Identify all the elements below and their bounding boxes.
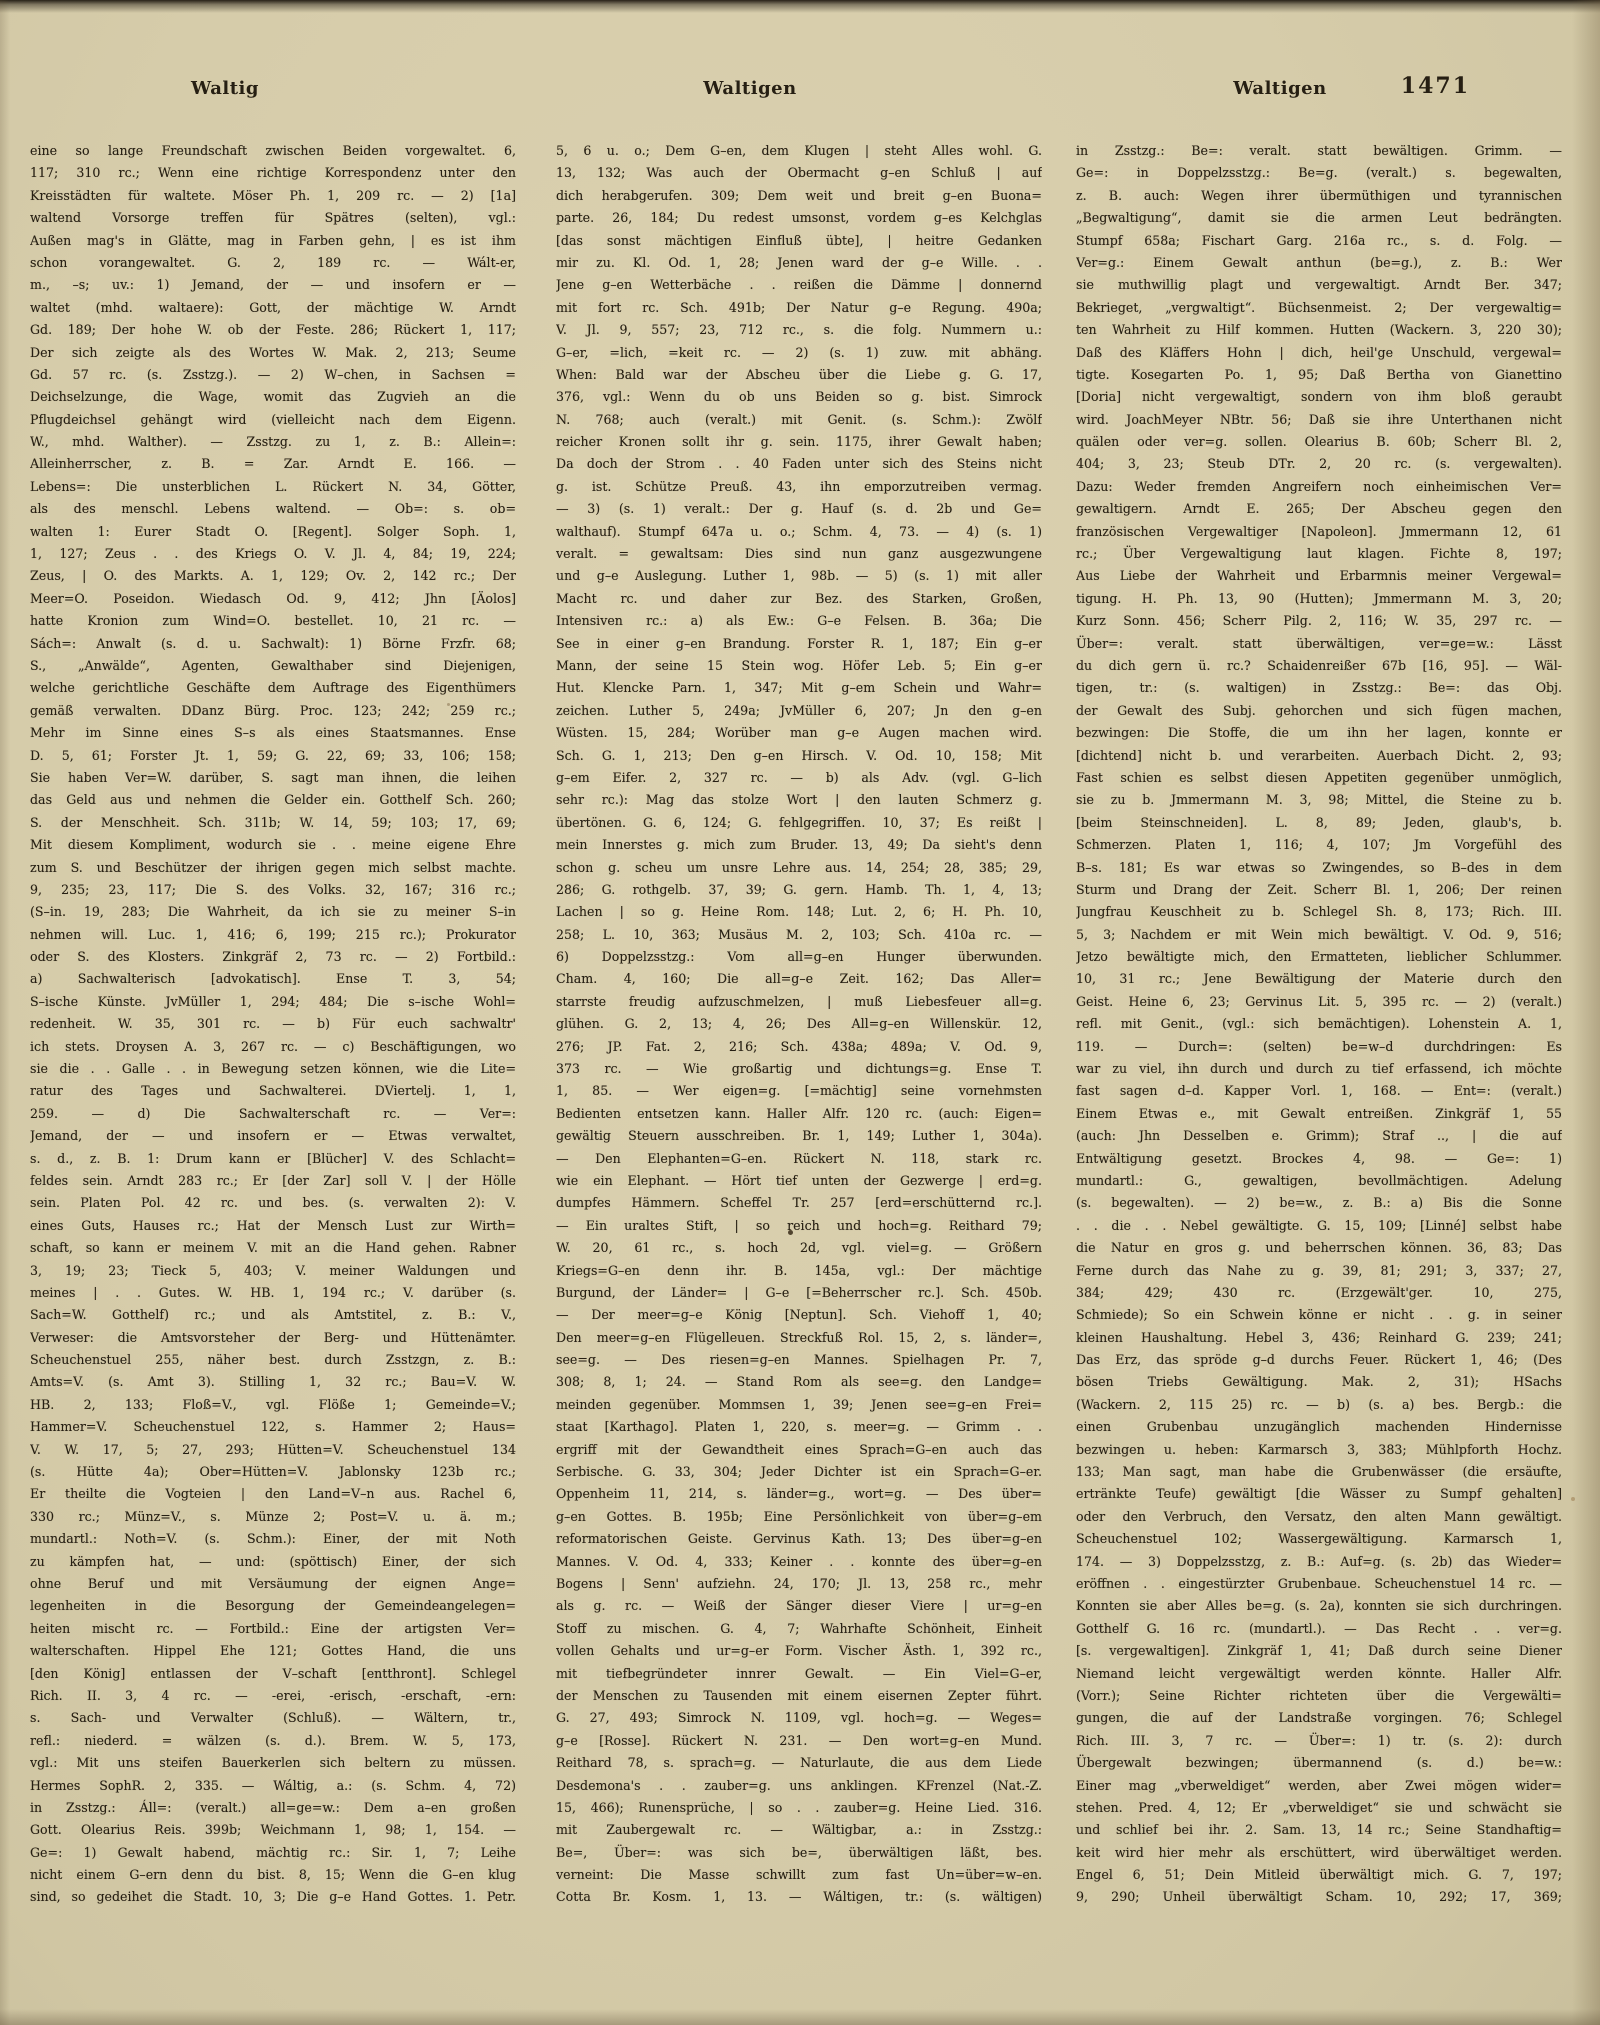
text-line: ertränkte Teufe) gewältigt [die Wässer z… (1076, 1483, 1562, 1505)
text-line: feldes sein. Arndt 283 rc.; Er [der Zar]… (30, 1170, 516, 1192)
text-line: Er theilte die Vogteien | den Land=V–n a… (30, 1483, 516, 1505)
text-line: Jene g–en Wetterbäche . . reißen die Däm… (556, 274, 1042, 296)
text-line: in Zsstzg.: Be=: veralt. statt bewältige… (1076, 140, 1562, 162)
text-line: zum S. und Beschützer der ihrigen gegen … (30, 857, 516, 879)
text-line: Mann, der seine 15 Stein wog. Höfer Leb.… (556, 655, 1042, 677)
text-line: Den meer=g–en Flügelleuen. Streckfuß Rol… (556, 1327, 1042, 1349)
text-line: mein Innerstes g. mich zum Bruder. 13, 4… (556, 834, 1042, 856)
text-line: Lebens=: Die unsterblichen L. Rückert N.… (30, 476, 516, 498)
text-line: der Gewalt des Subj. gehorchen und sich … (1076, 700, 1562, 722)
text-line: du dich gern ü. rc.? Schaidenreißer 67b … (1076, 655, 1562, 677)
text-line: Das Erz, das spröde g–d durchs Feuer. Rü… (1076, 1349, 1562, 1371)
text-line: veralt. = gewaltsam: Dies sind nun ganz … (556, 543, 1042, 565)
text-line: 10, 31 rc.; Jene Bewältigung der Materie… (1076, 968, 1562, 990)
text-line: Deichselzunge, die Wage, womit das Zugvi… (30, 386, 516, 408)
text-line: V. Jl. 9, 557; 23, 712 rc., s. die folg.… (556, 319, 1042, 341)
text-line: vollen Gehalts und ur=g–er Form. Vischer… (556, 1640, 1042, 1662)
text-line: Intensiven rc.: a) als Ew.: G–e Felsen. … (556, 610, 1042, 632)
text-line: Reithard 78, s. sprach=g. — Naturlaute, … (556, 1752, 1042, 1774)
text-line: der Menschen zu Tausenden mit einem eise… (556, 1685, 1042, 1707)
text-line: . . die . . Nebel gewältigte. G. 15, 109… (1076, 1215, 1562, 1237)
text-line: Mit diesem Kompliment, wodurch sie . . m… (30, 834, 516, 856)
text-line: Mannes. V. Od. 4, 333; Keiner . . konnte… (556, 1551, 1042, 1573)
text-line: Geist. Heine 6, 23; Gervinus Lit. 5, 395… (1076, 991, 1562, 1013)
text-line: G. 27, 493; Simrock N. 1109, vgl. hoch=g… (556, 1707, 1042, 1729)
text-line: oder den Verbruch, den Versatz, den alte… (1076, 1506, 1562, 1528)
text-line: Desdemona's . . zauber=g. uns anklingen.… (556, 1775, 1042, 1797)
text-line: 373 rc. — Wie großartig und dichtungs=g.… (556, 1058, 1042, 1080)
paper-speck (447, 703, 450, 706)
text-line: sie muthwillig plagt und vergewaltigt. A… (1076, 274, 1562, 296)
text-line: französischen Vergewaltiger [Napoleon]. … (1076, 521, 1562, 543)
text-line: vgl.: Mit uns steifen Bauerkerlen sich b… (30, 1752, 516, 1774)
text-line: — Der meer=g–e König [Neptun]. Sch. Vieh… (556, 1304, 1042, 1326)
text-line: Pflugdeichsel gehängt wird (vielleicht n… (30, 409, 516, 431)
text-line: B–s. 181; Es war etwas so Zwingendes, so… (1076, 857, 1562, 879)
text-line: Sie haben Ver=W. darüber, S. sagt man ih… (30, 767, 516, 789)
text-line: tigung. H. Ph. 13, 90 (Hutten); Jmmerman… (1076, 588, 1562, 610)
text-line: D. 5, 61; Forster Jt. 1, 59; G. 22, 69; … (30, 745, 516, 767)
text-line: (s. Hütte 4a); Ober=Hütten=V. Jablonsky … (30, 1461, 516, 1483)
text-line: sind, so gedeihet die Stadt. 10, 3; Die … (30, 1886, 516, 1908)
text-line: mir zu. Kl. Od. 1, 28; Jenen ward der g–… (556, 252, 1042, 274)
text-line: Sach=W. Gotthelf) rc.; und als Amtstitel… (30, 1304, 516, 1326)
text-line: nicht einem G–ern denn du bist. 8, 15; W… (30, 1864, 516, 1886)
text-line: 1, 127; Zeus . . des Kriegs O. V. Jl. 4,… (30, 543, 516, 565)
text-line: N. 768; auch (veralt.) mit Genit. (s. Sc… (556, 409, 1042, 431)
text-line: gungen, die auf der Landstraße vorgingen… (1076, 1707, 1562, 1729)
paper-speck (1571, 1497, 1575, 1501)
text-line: zeichen. Luther 5, 249a; JvMüller 6, 207… (556, 700, 1042, 722)
text-line: walthauf). Stumpf 647a u. o.; Schm. 4, 7… (556, 521, 1042, 543)
text-line: rc.; Über Vergewaltigung laut klagen. Fi… (1076, 543, 1562, 565)
text-line: wird. JoachMeyer NBtr. 56; Daß sie ihre … (1076, 409, 1562, 431)
text-line: Hammer=V. Scheuchenstuel 122, s. Hammer … (30, 1416, 516, 1438)
text-column-right: in Zsstzg.: Be=: veralt. statt bewältige… (1076, 140, 1562, 1909)
text-line: Einem Etwas e., mit Gewalt entreißen. Zi… (1076, 1103, 1562, 1125)
text-line: see=g. — Des riesen=g–en Mannes. Spielha… (556, 1349, 1042, 1371)
text-line: (Vorr.); Seine Richter richteten über di… (1076, 1685, 1562, 1707)
text-line: in Zsstzg.: Áll=: (veralt.) all=ge=w.: D… (30, 1797, 516, 1819)
text-line: welche gerichtliche Geschäfte dem Auftra… (30, 677, 516, 699)
text-line: mundartl.: G., gewaltigen, bevollmächtig… (1076, 1170, 1562, 1192)
text-line: sie zu b. Jmmermann M. 3, 98; Mittel, di… (1076, 789, 1562, 811)
text-line: Cotta Br. Kosm. 1, 13. — Wáltigen, tr.: … (556, 1886, 1042, 1908)
scan-edge-bottom (0, 2009, 1600, 2025)
text-line: ohne Beruf und mit Versäumung der eignen… (30, 1573, 516, 1595)
text-line: s. d., z. B. 1: Drum kann er [Blücher] V… (30, 1148, 516, 1170)
text-line: meines | . . Gutes. W. HB. 1, 194 rc.; V… (30, 1282, 516, 1304)
text-line: m., –s; uv.: 1) Jemand, der — und insofe… (30, 274, 516, 296)
text-line: Fast schien es selbst diesen Appetiten g… (1076, 767, 1562, 789)
text-line: staat [Karthago]. Platen 1, 220, s. meer… (556, 1416, 1042, 1438)
text-line: s. Sach- und Verwalter (Schluß). — Wälte… (30, 1707, 516, 1729)
text-line: Kurz Sonn. 456; Scherr Pilg. 2, 116; W. … (1076, 610, 1562, 632)
text-line: (Wackern. 2, 115 25) rc. — b) (s. a) bes… (1076, 1394, 1562, 1416)
text-line: Kreisstädten für waltete. Möser Ph. 1, 2… (30, 185, 516, 207)
text-line: Konnten sie aber Alles be=g. (s. 2a), ko… (1076, 1595, 1562, 1617)
text-line: übertönen. G. 6, 124; G. fehlgegriffen. … (556, 812, 1042, 834)
text-line: Außen mag's in Glätte, mag in Farben geh… (30, 230, 516, 252)
text-line: (auch: Jhn Desselben e. Grimm); Straf ..… (1076, 1125, 1562, 1147)
scan-edge-right (1572, 0, 1600, 2025)
text-line: sehr rc.): Mag das stolze Wort | den lau… (556, 789, 1042, 811)
running-head-right: Waltigen (1195, 78, 1365, 99)
text-line: (S–in. 19, 283; Die Wahrheit, da ich sie… (30, 901, 516, 923)
text-line: Hermes SophR. 2, 335. — Wáltig, a.: (s. … (30, 1775, 516, 1797)
text-line: sein. Platen Pol. 42 rc. und bes. (s. ve… (30, 1192, 516, 1214)
text-line: — Ein uraltes Stift, | so reich und hoch… (556, 1215, 1042, 1237)
text-line: tigte. Kosegarten Po. 1, 95; Daß Bertha … (1076, 364, 1562, 386)
text-line: 6) Doppelzsstzg.: Vom all=g–en Hunger üb… (556, 946, 1042, 968)
text-line: W., mhd. Walther). — Zsstzg. zu 1, z. B.… (30, 431, 516, 453)
text-line: 330 rc.; Münz=V., s. Münze 2; Post=V. u.… (30, 1506, 516, 1528)
text-line: Lachen | so g. Heine Rom. 148; Lut. 2, 6… (556, 901, 1042, 923)
text-line: HB. 2, 133; Floß=V., vgl. Flöße 1; Gemei… (30, 1394, 516, 1416)
text-line: gewaltigern. Arndt E. 265; Der Abscheu g… (1076, 498, 1562, 520)
text-line: mit fort rc. Sch. 491b; Der Natur g–e Re… (556, 297, 1042, 319)
text-line: Wüsten. 15, 284; Worüber man g–e Augen m… (556, 722, 1042, 744)
text-line: fast sagen d–d. Kapper Vorl. 1, 168. — E… (1076, 1080, 1562, 1102)
text-line: Be=, Über=: was sich be=, überwältigen l… (556, 1842, 1042, 1864)
text-line: Ver=g.: Einem Gewalt anthun (be=g.), z. … (1076, 252, 1562, 274)
text-line: sie die . . Galle . . in Bewegung setzen… (30, 1058, 516, 1080)
text-line: 258; L. 10, 363; Musäus M. 2, 103; Sch. … (556, 924, 1042, 946)
running-head-left: Waltig (140, 78, 310, 99)
text-line: Schmiede); So ein Schwein könne er nicht… (1076, 1304, 1562, 1326)
text-line: — Den Elephanten=G–en. Rückert N. 118, s… (556, 1148, 1042, 1170)
ink-speck (788, 1230, 793, 1235)
text-line: g. ist. Schütze Preuß. 43, ihn emporzutr… (556, 476, 1042, 498)
text-line: bösen Triebs Gewältigung. Mak. 2, 31); H… (1076, 1371, 1562, 1393)
text-line: ten Wahrheit zu Hilf kommen. Hutten (Wac… (1076, 319, 1562, 341)
text-line: Sách=: Anwalt (s. d. u. Sachwalt): 1) Bö… (30, 633, 516, 655)
text-line: Scheuchenstuel 102; Wassergewältigung. K… (1076, 1528, 1562, 1550)
text-line: 5, 6 u. o.; Dem G–en, dem Klugen | steht… (556, 140, 1042, 162)
text-line: gemäß verwalten. DDanz Bürg. Proc. 123; … (30, 700, 516, 722)
text-line: bezwingen u. heben: Karmarsch 3, 383; Mü… (1076, 1439, 1562, 1461)
text-line: V. W. 17, 5; 27, 293; Hütten=V. Scheuche… (30, 1439, 516, 1461)
text-line: Engel 6, 51; Dein Mitleid überwältigt mi… (1076, 1864, 1562, 1886)
text-line: Bogens | Senn' aufziehn. 24, 170; Jl. 13… (556, 1573, 1042, 1595)
text-line: eines Guts, Hauses rc.; Hat der Mensch L… (30, 1215, 516, 1237)
text-line: nehmen will. Luc. 1, 416; 6, 199; 215 rc… (30, 924, 516, 946)
text-line: 9, 290; Unheil überwältigt Scham. 10, 29… (1076, 1886, 1562, 1908)
text-line: 3, 19; 23; Tieck 5, 403; V. meiner Waldu… (30, 1260, 516, 1282)
text-line: 117; 310 rc.; Wenn eine richtige Korresp… (30, 162, 516, 184)
text-line: Stoff zu mischen. G. 4, 7; Wahrhafte Sch… (556, 1618, 1042, 1640)
text-line: Aus Liebe der Wahrheit und Erbarmnis mei… (1076, 565, 1562, 587)
text-line: Übergewalt bezwingen; übermannend (s. d.… (1076, 1752, 1562, 1774)
running-head-center: Waltigen (665, 78, 835, 99)
text-line: gewältig Steuern ausschreiben. Br. 1, 14… (556, 1125, 1042, 1147)
text-line: legenheiten in die Besorgung der Gemeind… (30, 1595, 516, 1617)
text-line: Hut. Klencke Parn. 1, 347; Mit g–em Sche… (556, 677, 1042, 699)
text-line: und schlief bei ihr. 2. Sam. 13, 14 rc.;… (1076, 1819, 1562, 1841)
text-line: reicher Kronen sollt ihr g. sein. 1175, … (556, 431, 1042, 453)
text-line: Serbische. G. 33, 304; Jeder Dichter ist… (556, 1461, 1042, 1483)
text-line: waltend Vorsorge treffen für Spätres (se… (30, 207, 516, 229)
text-line: Über=: veralt. statt überwältigen, ver=g… (1076, 633, 1562, 655)
text-line: schaft, so kann er meinem V. mit an die … (30, 1237, 516, 1259)
text-line: eröffnen . . eingestürzter Grubenbaue. S… (1076, 1573, 1562, 1595)
text-line: stehen. Pred. 4, 12; Er „vberweldiget“ s… (1076, 1797, 1562, 1819)
text-line: 259. — d) Die Sachwalterschaft rc. — Ver… (30, 1103, 516, 1125)
text-line: dumpfes Hämmern. Scheffel Tr. 257 [erd=e… (556, 1192, 1042, 1214)
text-line: die Natur en gros g. und beherrschen kön… (1076, 1237, 1562, 1259)
text-line: [dichtend] nicht b. und verarbeiten. Aue… (1076, 745, 1562, 767)
text-line: parte. 26, 184; Du redest umsonst, vorde… (556, 207, 1042, 229)
text-line: Entwältigung gesetzt. Brockes 4, 98. — G… (1076, 1148, 1562, 1170)
text-line: g–e [Rosse]. Rückert N. 231. — Den wort=… (556, 1730, 1042, 1752)
text-line: Bekrieget, „vergwaltigt“. Büchsenmeist. … (1076, 297, 1562, 319)
text-line: Gott. Olearius Reis. 399b; Weichmann 1, … (30, 1819, 516, 1841)
text-line: 286; G. rothgelb. 37, 39; G. gern. Hamb.… (556, 879, 1042, 901)
text-line: Niemand leicht vergewältigt werden könnt… (1076, 1663, 1562, 1685)
text-line: 174. — 3) Doppelzsstzg, z. B.: Auf=g. (s… (1076, 1551, 1562, 1573)
text-line: 384; 429; 430 rc. (Erzgewält'ger. 10, 27… (1076, 1282, 1562, 1304)
text-line: reformatorischen Geiste. Gervinus Kath. … (556, 1528, 1042, 1550)
text-line: Sch. G. 1, 213; Den g–en Hirsch. V. Od. … (556, 745, 1042, 767)
text-line: 15, 466); Runensprüche, | so . . zauber=… (556, 1797, 1042, 1819)
text-line: Einer mag „vberweldiget“ werden, aber Zw… (1076, 1775, 1562, 1797)
text-line: 276; JP. Fat. 2, 216; Sch. 438a; 489a; V… (556, 1036, 1042, 1058)
text-line: Jungfrau Keuschheit zu b. Schlegel Sh. 8… (1076, 901, 1562, 923)
text-line: walten 1: Eurer Stadt O. [Regent]. Solge… (30, 521, 516, 543)
text-line: z. B. auch: Wegen ihrer übermüthigen und… (1076, 185, 1562, 207)
text-line: Mehr im Sinne eines S–s als eines Staats… (30, 722, 516, 744)
text-line: 133; Man sagt, man habe die Grubenwässer… (1076, 1461, 1562, 1483)
text-line: eine so lange Freundschaft zwischen Beid… (30, 140, 516, 162)
text-line: mundartl.: Noth=V. (s. Schm.): Einer, de… (30, 1528, 516, 1550)
text-line: [Doria] nicht vergewaltigt, sondern von … (1076, 386, 1562, 408)
text-column-left: eine so lange Freundschaft zwischen Beid… (30, 140, 516, 1909)
text-line: Jetzo bewältigte mich, den Ermatteten, l… (1076, 946, 1562, 968)
text-line: refl. mit Genit., (vgl.: sich bemächtige… (1076, 1013, 1562, 1035)
text-line: bezwingen: Die Stoffe, die um ihn her la… (1076, 722, 1562, 744)
page-number: 1471 (1375, 73, 1470, 99)
text-line: g–en Gottes. B. 195b; Eine Persönlichkei… (556, 1506, 1042, 1528)
text-line: heiten mischt rc. — Fortbild.: Eine der … (30, 1618, 516, 1640)
text-line: oder S. des Klosters. Zinkgräf 2, 73 rc.… (30, 946, 516, 968)
text-line: schon g. scheu um unsre Lehre aus. 14, 2… (556, 857, 1042, 879)
text-line: Rich. II. 3, 4 rc. — -erei, -erisch, -er… (30, 1685, 516, 1707)
text-line: dich herabgerufen. 309; Dem weit und bre… (556, 185, 1042, 207)
text-line: „Begwaltigung“, damit sie die armen Leut… (1076, 207, 1562, 229)
text-line: Jemand, der — und insofern er — Etwas ve… (30, 1125, 516, 1147)
text-line: als des menschl. Lebens waltend. — Ob=: … (30, 498, 516, 520)
text-line: Scheuchenstuel 255, näher best. durch Zs… (30, 1349, 516, 1371)
text-line: Alleinherrscher, z. B. = Zar. Arndt E. 1… (30, 453, 516, 475)
text-line: ergriff mit der Gewandtheit eines Sprach… (556, 1439, 1042, 1461)
text-line: tigen, tr.: (s. waltigen) in Zsstzg.: Be… (1076, 677, 1562, 699)
text-line: Zeus, | O. des Markts. A. 1, 129; Ov. 2,… (30, 565, 516, 587)
text-line: Verweser: die Amtsvorsteher der Berg- un… (30, 1327, 516, 1349)
scan-edge-left (0, 0, 10, 2025)
text-line: 9, 235; 23, 117; Die S. des Volks. 32, 1… (30, 879, 516, 901)
text-line: Der sich zeigte als des Wortes W. Mak. 2… (30, 342, 516, 364)
text-line: Amts=V. (s. Amt 3). Stilling 1, 32 rc.; … (30, 1371, 516, 1393)
scan-edge-top (0, 0, 1600, 13)
text-line: 5, 3; Nachdem er mit Wein mich bewältigt… (1076, 924, 1562, 946)
text-line: W. 20, 61 rc., s. hoch 2d, vgl. viel=g. … (556, 1237, 1042, 1259)
text-line: 1, 85. — Wer eigen=g. [=mächtig] seine v… (556, 1080, 1042, 1102)
text-line: glühen. G. 2, 13; 4, 26; Des All=g–en Wi… (556, 1013, 1042, 1035)
text-line: das Geld aus und nehmen die Gelder ein. … (30, 789, 516, 811)
text-line: ratur des Tages und Sachwalterei. DViert… (30, 1080, 516, 1102)
text-line: 308; 8, 1; 24. — Stand Rom als see=g. de… (556, 1371, 1042, 1393)
text-line: S–ische Künste. JvMüller 1, 294; 484; Di… (30, 991, 516, 1013)
text-line: Ge=: in Doppelzsstzg.: Be=g. (veralt.) s… (1076, 162, 1562, 184)
text-line: war zu viel, ihn durch und durch zu tief… (1076, 1058, 1562, 1080)
text-line: Meer=O. Poseidon. Wiedasch Od. 9, 412; J… (30, 588, 516, 610)
text-line: Gotthelf G. 16 rc. (mundartl.). — Das Re… (1076, 1618, 1562, 1640)
text-line: Schmerzen. Platen 1, 116; 4, 107; Jm Vor… (1076, 834, 1562, 856)
text-line: Ferne durch das Nahe zu g. 39, 81; 291; … (1076, 1260, 1562, 1282)
text-line: verneint: Die Masse schwillt zum fast Un… (556, 1864, 1042, 1886)
text-line: und g–e Auslegung. Luther 1, 98b. — 5) (… (556, 565, 1042, 587)
text-line: walterschaften. Hippel Ehe 121; Gottes H… (30, 1640, 516, 1662)
text-line: Sturm und Drang der Zeit. Scherr Bl. 1, … (1076, 879, 1562, 901)
text-line: Bedienten entsetzen kann. Haller Alfr. 1… (556, 1103, 1042, 1125)
text-line: quälen oder ver=g. sollen. Olearius B. 6… (1076, 431, 1562, 453)
text-line: 404; 3, 23; Steub DTr. 2, 20 rc. (s. ver… (1076, 453, 1562, 475)
text-line: waltet (mhd. waltaere): Gott, der mächti… (30, 297, 516, 319)
text-line: See in einer g–en Brandung. Forster R. 1… (556, 633, 1042, 655)
text-line: G–er, =lich, =keit rc. — 2) (s. 1) zuw. … (556, 342, 1042, 364)
text-line: hatte Kronion zum Wind=O. bestellet. 10,… (30, 610, 516, 632)
text-line: [s. vergewaltigen]. Zinkgräf 1, 41; Daß … (1076, 1640, 1562, 1662)
text-line: Da doch der Strom . . 40 Faden unter sic… (556, 453, 1042, 475)
text-line: 119. — Durch=: (selten) be=w–d durchdrin… (1076, 1036, 1562, 1058)
text-line: Stumpf 658a; Fischart Garg. 216a rc., s.… (1076, 230, 1562, 252)
text-line: kleinen Haushaltung. Hebel 3, 436; Reinh… (1076, 1327, 1562, 1349)
text-line: starrste freudig aufzuschmelzen, | muß L… (556, 991, 1042, 1013)
text-line: redenheit. W. 35, 301 rc. — b) Für euch … (30, 1013, 516, 1035)
text-line: schon vorangewaltet. G. 2, 189 rc. — Wál… (30, 252, 516, 274)
text-line: refl.: niederd. = wälzen (s. d.). Brem. … (30, 1730, 516, 1752)
text-line: Ge=: 1) Gewalt habend, mächtig rc.: Sir.… (30, 1842, 516, 1864)
text-line: meinden gegenüber. Mommsen 1, 39; Jenen … (556, 1394, 1042, 1416)
text-line: g–em Eifer. 2, 327 rc. — b) als Adv. (vg… (556, 767, 1042, 789)
text-line: Burgund, der Länder= | G–e [=Beherrscher… (556, 1282, 1042, 1304)
text-line: zu kämpfen hat, — und: (spöttisch) Einer… (30, 1551, 516, 1573)
text-line: Gd. 189; Der hohe W. ob der Feste. 286; … (30, 319, 516, 341)
text-line: mit Zaubergewalt rc. — Wältigbar, a.: in… (556, 1819, 1042, 1841)
text-line: Oppenheim 11, 214, s. länder=g., wort=g.… (556, 1483, 1042, 1505)
text-line: keit wird hier mehr als erschüttert, wir… (1076, 1842, 1562, 1864)
text-line: — 3) (s. 1) veralt.: Der g. Hauf (s. d. … (556, 498, 1042, 520)
dictionary-page: Waltig Waltigen Waltigen 1471 eine so la… (0, 0, 1600, 2025)
text-line: S. der Menschheit. Sch. 311b; W. 14, 59;… (30, 812, 516, 834)
text-line: [den König] entlassen der V–schaft [entt… (30, 1663, 516, 1685)
text-line: Dazu: Weder fremden Angreifern noch einh… (1076, 476, 1562, 498)
text-line: When: Bald war der Abscheu über die Lieb… (556, 364, 1042, 386)
text-line: Kriegs=G–en denn ihr. B. 145a, vgl.: Der… (556, 1260, 1042, 1282)
text-line: Daß des Kläffers Hohn | dich, heil'ge Un… (1076, 342, 1562, 364)
text-column-center: 5, 6 u. o.; Dem G–en, dem Klugen | steht… (556, 140, 1042, 1909)
text-line: S., „Anwälde“, Agenten, Gewalthaber sind… (30, 655, 516, 677)
text-line: ich stets. Droysen A. 3, 267 rc. — c) Be… (30, 1036, 516, 1058)
text-line: einen Grubenbau unzugänglich machenden H… (1076, 1416, 1562, 1438)
text-line: [beim Steinschneiden]. L. 8, 89; Jeden, … (1076, 812, 1562, 834)
text-line: mit tiefbegründeter innrer Gewalt. — Ein… (556, 1663, 1042, 1685)
text-line: Macht rc. und daher zur Bez. des Starken… (556, 588, 1042, 610)
text-line: wie ein Elephant. — Hört tief unten der … (556, 1170, 1042, 1192)
text-line: (s. begewalten). — 2) be=w., z. B.: a) B… (1076, 1192, 1562, 1214)
text-line: Cham. 4, 160; Die all=g–e Zeit. 162; Das… (556, 968, 1042, 990)
text-line: Gd. 57 rc. (s. Zsstzg.). — 2) W–chen, in… (30, 364, 516, 386)
text-line: 376, vgl.: Wenn du ob uns Beiden so g. b… (556, 386, 1042, 408)
text-line: Rich. III. 3, 7 rc. — Über=: 1) tr. (s. … (1076, 1730, 1562, 1752)
text-line: [das sonst mächtigen Einfluß übte], | he… (556, 230, 1042, 252)
text-line: 13, 132; Was auch der Obermacht g–en Sch… (556, 162, 1042, 184)
text-line: a) Sachwalterisch [advokatisch]. Ense T.… (30, 968, 516, 990)
text-line: als g. rc. — Weiß der Sänger dieser Vier… (556, 1595, 1042, 1617)
